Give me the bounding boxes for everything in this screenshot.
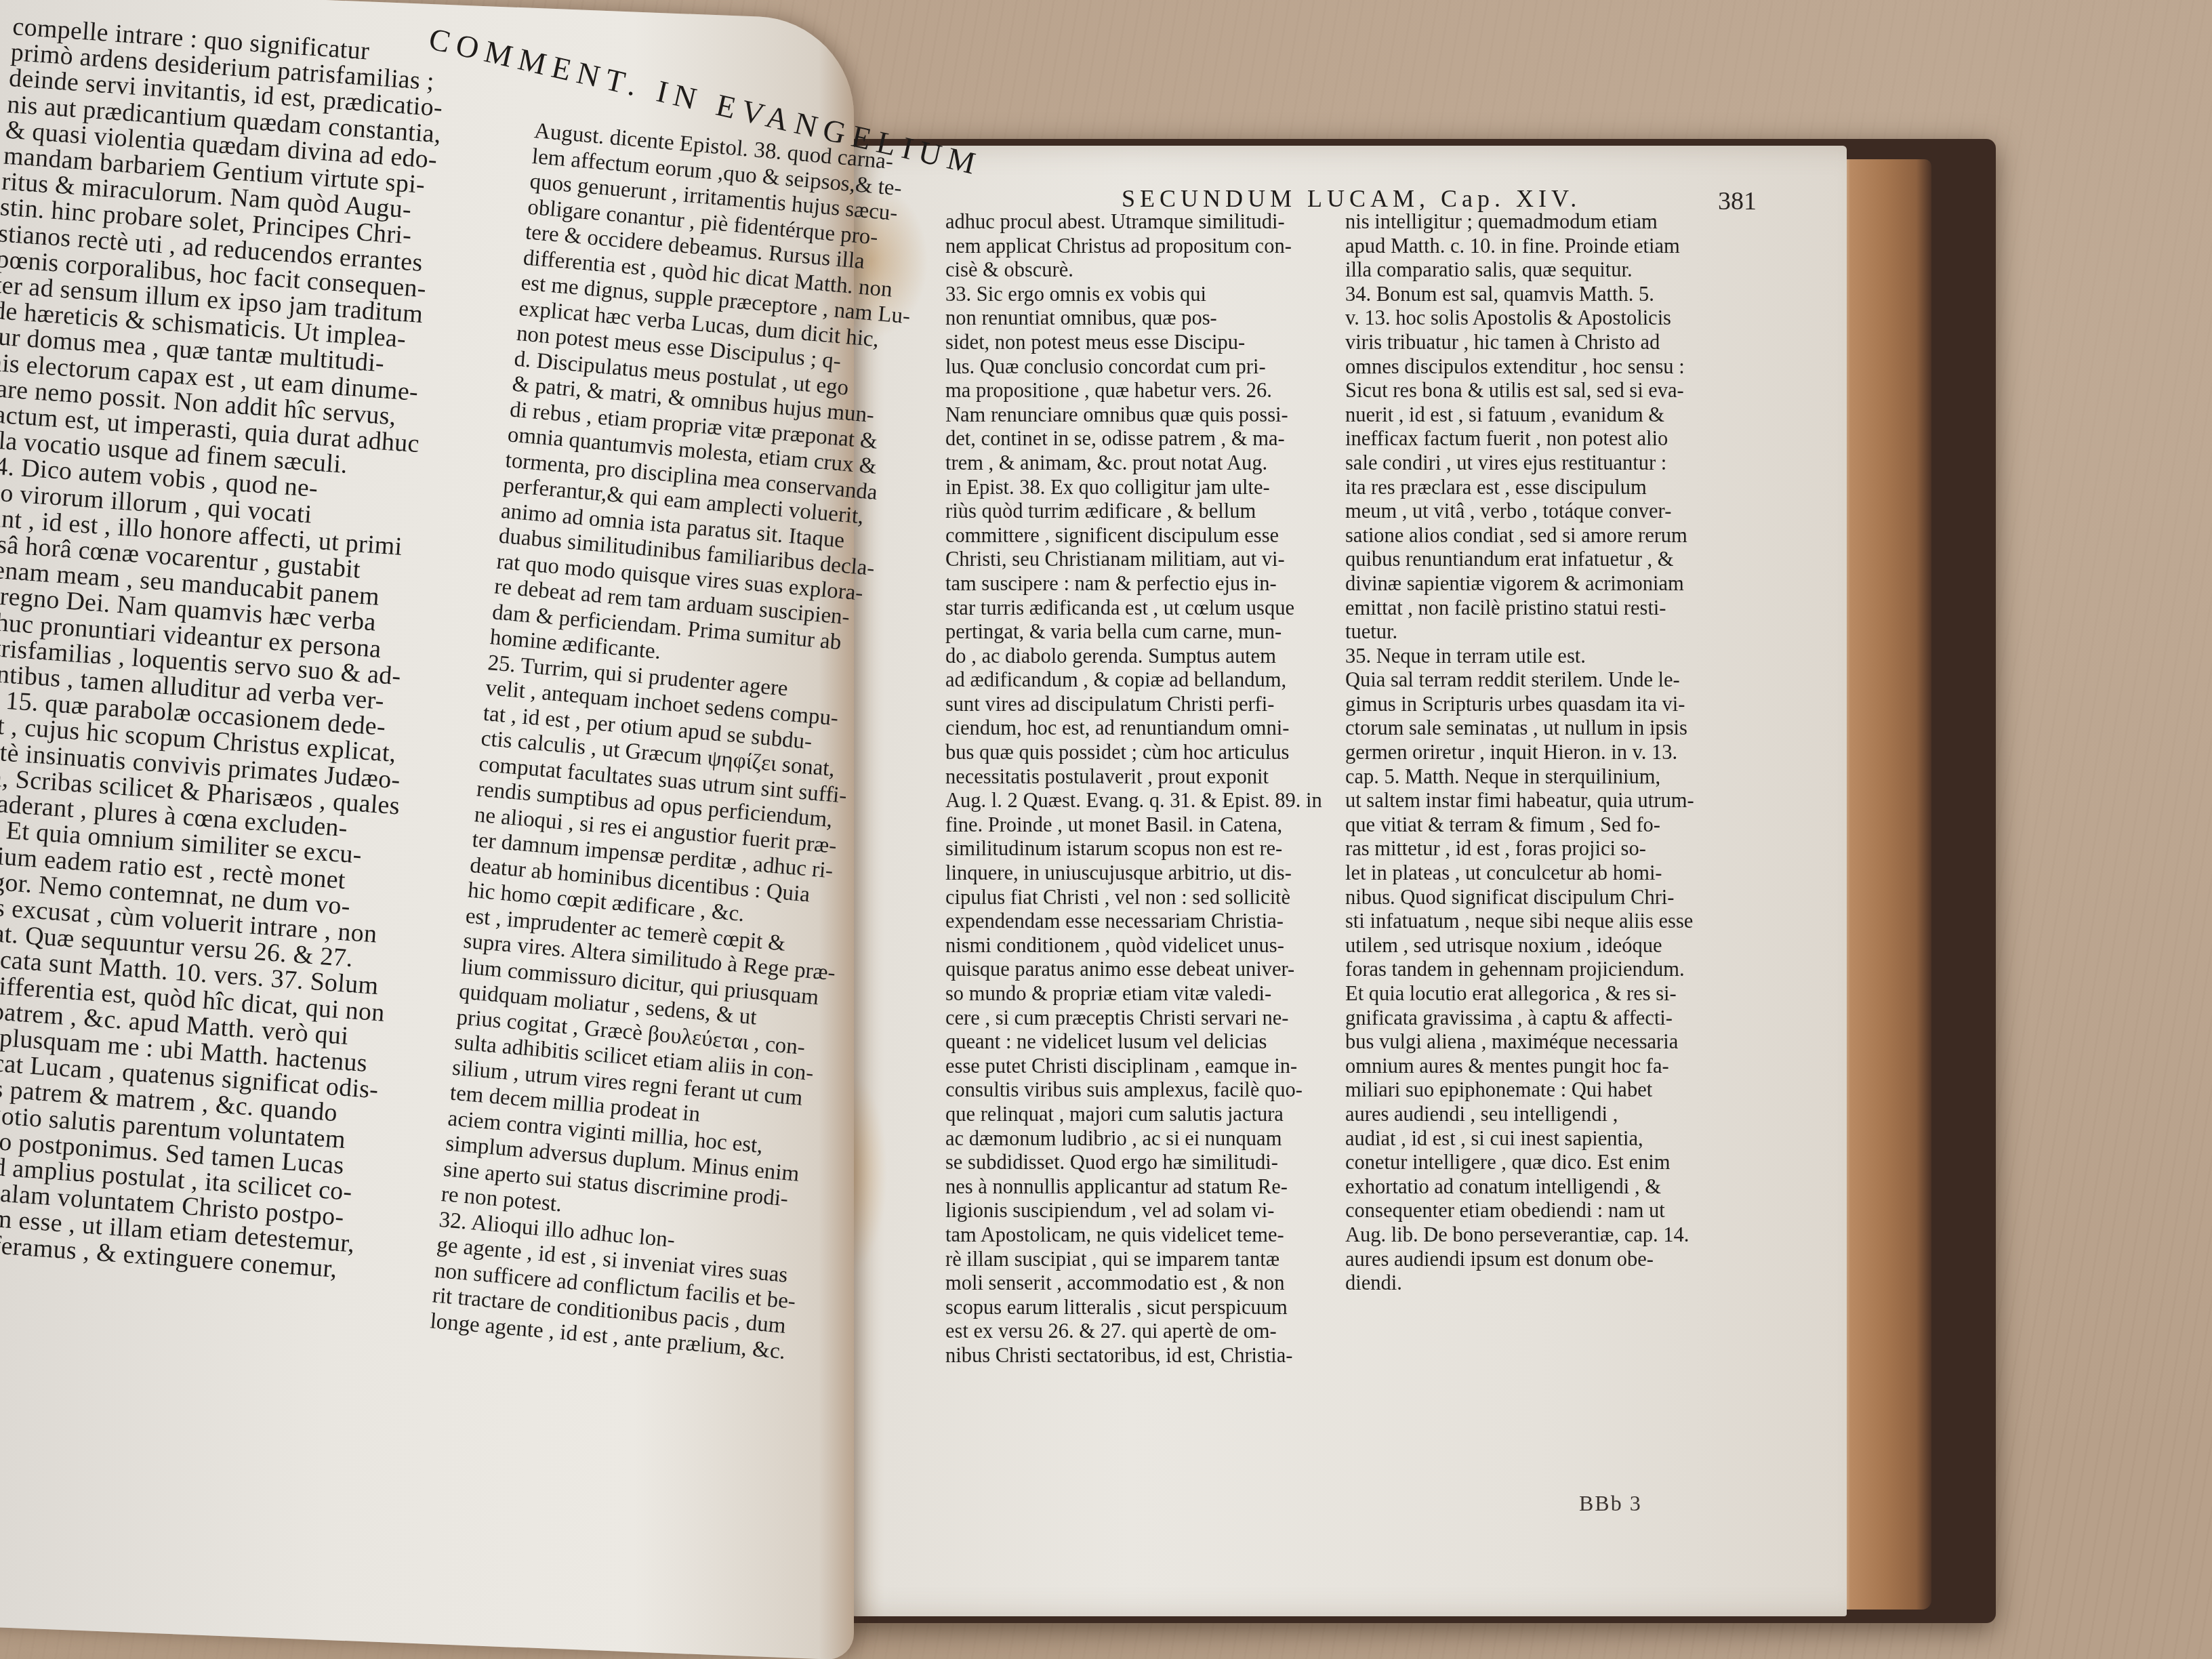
text-line: cipulus fiat Christi , vel non : sed sol… [945,886,1325,910]
text-line: nibus. Quod significat discipulum Chri- [1345,886,1745,910]
text-line: bus vulgi aliena , maximéque necessaria [1345,1030,1745,1054]
signature-mark: BBb 3 [1579,1491,1642,1516]
text-line: ctorum sale seminatas , ut nullum in ips… [1345,716,1745,741]
text-line: moli senserit , accommodatio est , & non [945,1271,1325,1296]
text-line: aures audiendi , seu intelligendi , [1345,1103,1745,1127]
text-line: cisè & obscurè. [945,258,1325,283]
text-line: Quia sal terram reddit sterilem. Unde le… [1345,668,1745,693]
text-line: 34. Bonum est sal, quamvis Matth. 5. [1345,283,1745,307]
text-line: que vitiat & terram & fimum , Sed fo- [1345,813,1745,838]
right-column-2: nis intelligitur ; quemadmodum etiamapud… [1345,210,1745,1296]
text-line: emittat , non facilè pristino statui res… [1345,596,1745,621]
text-line: meum , ut vitâ , verbo , totáque conver- [1345,499,1745,524]
text-line: miliari suo epiphonemate : Qui habet [1345,1078,1745,1103]
text-line: que relinquat , majori cum salutis jactu… [945,1103,1325,1127]
text-line: nem applicat Christus ad propositum con- [945,234,1325,259]
text-line: similitudinum istarum scopus non est re- [945,837,1325,861]
text-line: omnes discipulos extenditur , hoc sensu … [1345,355,1745,380]
text-line: sunt vires ad discipulatum Christi perfi… [945,693,1325,717]
text-line: foras tandem in gehennam projiciendum. [1345,958,1745,982]
right-running-head: SECUNDUM LUCAM, Cap. XIV. [1122,184,1581,213]
text-line: bus quæ quis possidet ; cùm hoc articulu… [945,741,1325,765]
left-outer-column: compelle intrare : quo significaturprimò… [0,14,514,1288]
text-line: omnium aures & mentes pungit hoc fa- [1345,1054,1745,1079]
text-line: conetur intelligere , quæ dico. Est enim [1345,1151,1745,1175]
text-line: pertingat, & varia bella cum carne, mun- [945,620,1325,644]
text-line: let in plateas , ut conculcetur ab homi- [1345,861,1745,886]
text-line: inefficax factum fuerit , non potest ali… [1345,427,1745,451]
text-line: det, continet in se, odisse patrem , & m… [945,427,1325,451]
text-line: sti infatuatum , neque sibi neque aliis … [1345,909,1745,934]
text-line: necessitatis postulaverit , prout exponi… [945,765,1325,790]
text-line: in Epist. 38. Ex quo colligitur jam ulte… [945,476,1325,500]
text-line: quisque paratus animo esse debeat univer… [945,958,1325,982]
text-line: adhuc procul abest. Utramque similitudi- [945,210,1325,234]
text-line: diendi. [1345,1271,1745,1296]
text-line: se subdidisset. Quod ergo hæ similitudi- [945,1151,1325,1175]
text-line: Aug. lib. De bono perseverantiæ, cap. 14… [1345,1223,1745,1248]
text-line: nibus Christi sectatoribus, id est, Chri… [945,1344,1325,1368]
text-line: ita res præclara est , esse discipulum [1345,476,1745,500]
text-line: divinæ sapientiæ vigorem & acrimoniam [1345,572,1745,596]
text-line: cere , si cum præceptis Christi servari … [945,1006,1325,1031]
text-line: riùs quòd turrim ædificare , & bellum [945,499,1325,524]
text-line: nis intelligitur ; quemadmodum etiam [1345,210,1745,234]
text-line: committere , significent discipulum esse [945,524,1325,548]
text-line: viris tribuatur , hic tamen à Christo ad [1345,331,1745,355]
text-line: exhortatio ad conatum intelligendi , & [1345,1175,1745,1200]
text-line: ac dæmonum ludibrio , ac si ei nunquam [945,1127,1325,1151]
text-line: ligionis suscipiendum , vel ad solam vi- [945,1199,1325,1223]
text-line: 33. Sic ergo omnis ex vobis qui [945,283,1325,307]
text-line: nismi conditionem , quòd videlicet unus- [945,934,1325,958]
text-line: aures audiendi ipsum est donum obe- [1345,1248,1745,1272]
text-line: star turris ædificanda est , ut cœlum us… [945,596,1325,621]
text-line: expendendam esse necessariam Christia- [945,909,1325,934]
right-column-1: adhuc procul abest. Utramque similitudi-… [945,210,1325,1368]
text-line: quibus renuntiandum erat infatuetur , & [1345,548,1745,572]
text-line: Christi, seu Christianam militiam, aut v… [945,548,1325,572]
text-line: sale condiri , ut vires ejus restituantu… [1345,451,1745,476]
text-line: fine. Proinde , ut monet Basil. in Caten… [945,813,1325,838]
text-line: germen oriretur , inquit Hieron. in v. 1… [1345,741,1745,765]
text-line: satione alios condiat , sed si amore rer… [1345,524,1745,548]
text-line: ras mittetur , id est , foras projici so… [1345,837,1745,861]
text-line: Sicut res bona & utilis est sal, sed si … [1345,379,1745,403]
text-line: queant : ne videlicet lusum vel delicias [945,1030,1325,1054]
text-line: illa comparatio salis, quæ sequitur. [1345,258,1745,283]
text-line: cap. 5. Matth. Neque in sterquilinium, [1345,765,1745,790]
photo-scene: COMMENT. IN EVANGELIUM compelle intrare … [0,0,2212,1659]
text-line: 35. Neque in terram utile est. [1345,644,1745,669]
text-line: audiat , id est , si cui inest sapientia… [1345,1127,1745,1151]
text-line: consultis viribus suis amplexus, facilè … [945,1078,1325,1103]
text-line: Aug. l. 2 Quæst. Evang. q. 31. & Epist. … [945,789,1325,813]
text-line: scopus earum litteralis , sicut perspicu… [945,1296,1325,1320]
text-line: ciendum, hoc est, ad renuntiandum omni- [945,716,1325,741]
text-line: gimus in Scripturis urbes quasdam ita vi… [1345,693,1745,717]
text-line: apud Matth. c. 10. in fine. Proinde etia… [1345,234,1745,259]
text-line: consequenter etiam obediendi : nam ut [1345,1199,1745,1223]
text-line: tuetur. [1345,620,1745,644]
text-line: est ex versu 26. & 27. qui apertè de om- [945,1319,1325,1344]
text-line: tam Apostolicam, ne quis videlicet teme- [945,1223,1325,1248]
text-line: v. 13. hoc solis Apostolis & Apostolicis [1345,306,1745,331]
text-line: gnificata gravissima , à captu & affecti… [1345,1006,1745,1031]
text-line: nuerit , id est , si fatuum , evanidum & [1345,403,1745,428]
text-line: tam suscipere : nam & perfectio ejus in- [945,572,1325,596]
text-line: do , ac diabolo gerenda. Sumptus autem [945,644,1325,669]
text-line: ad ædificandum , & copiæ ad bellandum, [945,668,1325,693]
text-line: so mundo & propriæ etiam vitæ valedi- [945,982,1325,1006]
text-line: ma propositione , quæ habetur vers. 26. [945,379,1325,403]
text-line: rè illam suscipiat , qui se imparem tant… [945,1248,1325,1272]
text-line: trem , & animam, &c. prout notat Aug. [945,451,1325,476]
text-line: linquere, in uniuscujusque arbitrio, ut … [945,861,1325,886]
text-line: esse putet Christi disciplinam , eamque … [945,1054,1325,1079]
text-line: ut saltem instar fimi habeatur, quia utr… [1345,789,1745,813]
text-line: sidet, non potest meus esse Discipu- [945,331,1325,355]
text-line: Et quia locutio erat allegorica , & res … [1345,982,1745,1006]
text-line: lus. Quæ conclusio concordat cum pri- [945,355,1325,380]
text-line: non renuntiat omnibus, quæ pos- [945,306,1325,331]
text-line: utilem , sed utrisque noxium , ideóque [1345,934,1745,958]
text-line: nes à nonnullis applicantur ad statum Re… [945,1175,1325,1200]
text-line: Nam renunciare omnibus quæ quis possi- [945,403,1325,428]
